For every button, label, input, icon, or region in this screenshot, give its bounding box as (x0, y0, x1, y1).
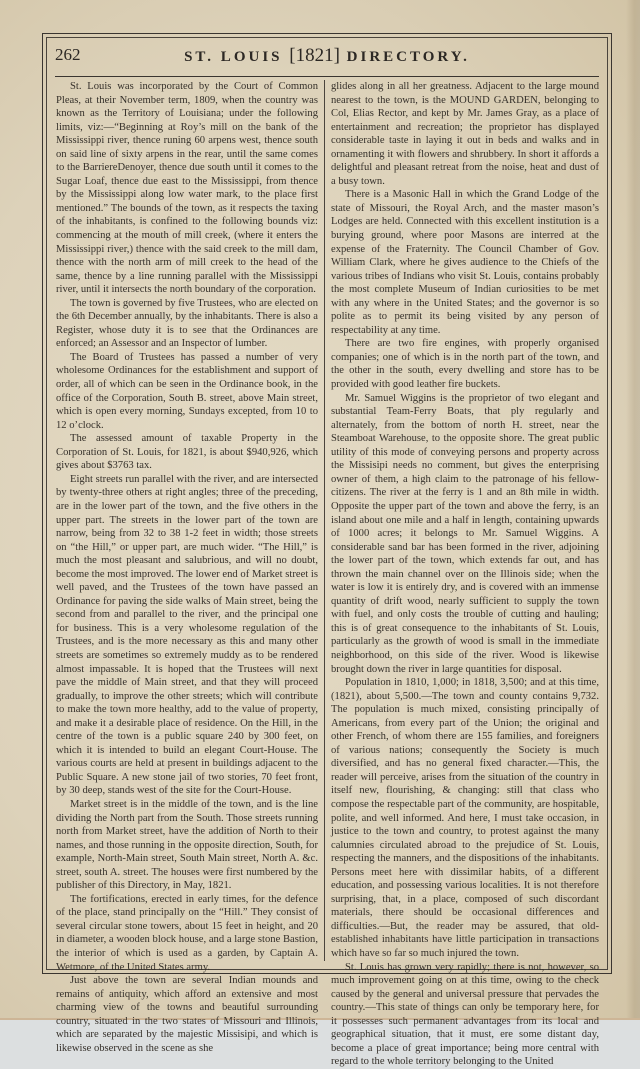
title-left: ST. LOUIS (184, 49, 282, 65)
paragraph-market-street: Market street is in the middle of the to… (56, 798, 318, 893)
header-rule (55, 76, 599, 77)
paragraph-mound-garden: glides along in all her greatness. Adjac… (331, 80, 599, 188)
running-title: ST. LOUIS [1821] DIRECTORY. (47, 45, 607, 67)
paragraph-indian-mounds: Just above the town are several Indian m… (56, 974, 318, 1029)
left-column: St. Louis was incorporated by the Court … (56, 80, 318, 961)
text-columns: St. Louis was incorporated by the Court … (56, 80, 599, 961)
title-right: DIRECTORY. (347, 49, 470, 65)
paragraph-property-tax: The assessed amount of taxable Property … (56, 432, 318, 473)
paragraph-streets: Eight streets run parallel with the rive… (56, 473, 318, 798)
column-divider (324, 80, 325, 961)
paragraph-ferry-boats: Mr. Samuel Wiggins is the proprietor of … (331, 392, 599, 676)
book-page: 262 ST. LOUIS [1821] DIRECTORY. St. Loui… (0, 0, 640, 1020)
running-header: 262 ST. LOUIS [1821] DIRECTORY. (47, 38, 607, 74)
right-column: glides along in all her greatness. Adjac… (331, 80, 599, 961)
page-border-frame: 262 ST. LOUIS [1821] DIRECTORY. St. Loui… (42, 33, 612, 974)
title-year: [1821] (289, 45, 340, 66)
paragraph-population: Population in 1810, 1,000; in 1818, 3,50… (331, 676, 599, 960)
paragraph-ordinances: The Board of Trustees has passed a numbe… (56, 351, 318, 432)
paragraph-masonic-hall: There is a Masonic Hall in which the Gra… (331, 188, 599, 337)
paragraph-fire-engines: There are two fire engines, with properl… (331, 337, 599, 391)
paragraph-growth: St. Louis has grown very rapidly; there … (331, 961, 599, 1029)
page-border-inner: 262 ST. LOUIS [1821] DIRECTORY. St. Loui… (46, 37, 608, 970)
paragraph-incorporation: St. Louis was incorporated by the Court … (56, 80, 318, 297)
paragraph-trustees: The town is governed by five Trustees, w… (56, 297, 318, 351)
page-gutter-shadow (626, 0, 640, 1018)
paragraph-fortifications: The fortifications, erected in early tim… (56, 893, 318, 974)
